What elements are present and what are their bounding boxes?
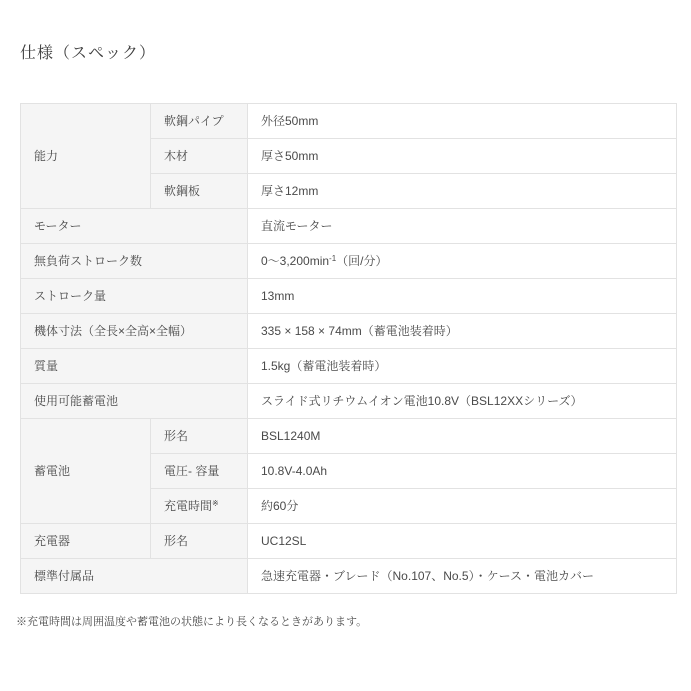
- table-row-stroke-rate: 無負荷ストローク数 0～3,200min-1（回/分）: [21, 243, 677, 278]
- sub-label-wood: 木材: [151, 138, 248, 173]
- stroke-rate-base: 0～3,200min: [261, 254, 329, 268]
- value-weight: 1.5kg（蓄電池装着時）: [248, 348, 677, 383]
- sub-label-charge-time: 充電時間※: [151, 488, 248, 523]
- value-stroke-rate: 0～3,200min-1（回/分）: [248, 243, 677, 278]
- spec-table: 能力 軟鋼パイプ 外径50mm 木材 厚さ50mm 軟鋼板 厚さ12mm モータ…: [20, 103, 677, 594]
- value-charge-time: 約60分: [248, 488, 677, 523]
- sub-label-battery-model: 形名: [151, 418, 248, 453]
- value-steel-pipe: 外径50mm: [248, 103, 677, 138]
- sub-label-charger-model: 形名: [151, 523, 248, 558]
- value-usable-battery: スライド式リチウムイオン電池10.8V（BSL12XXシリーズ）: [248, 383, 677, 418]
- charge-time-label: 充電時間: [164, 499, 212, 513]
- value-battery-model: BSL1240M: [248, 418, 677, 453]
- table-row-accessories: 標準付属品 急速充電器・ブレード（No.107、No.5）・ケース・電池カバー: [21, 558, 677, 593]
- table-row-charger: 充電器 形名 UC12SL: [21, 523, 677, 558]
- spec-page: 仕様（スペック） 能力 軟鋼パイプ 外径50mm 木材 厚さ50mm 軟鋼板 厚…: [0, 0, 691, 691]
- value-charger-model: UC12SL: [248, 523, 677, 558]
- value-battery-voltage: 10.8V-4.0Ah: [248, 453, 677, 488]
- row-label-accessories: 標準付属品: [21, 558, 248, 593]
- row-label-usable-battery: 使用可能蓄電池: [21, 383, 248, 418]
- stroke-rate-unit: （回/分）: [336, 254, 387, 268]
- table-row-capacity-pipe: 能力 軟鋼パイプ 外径50mm: [21, 103, 677, 138]
- value-stroke-length: 13mm: [248, 278, 677, 313]
- row-label-weight: 質量: [21, 348, 248, 383]
- row-label-capacity: 能力: [21, 103, 151, 208]
- table-row-usable-battery: 使用可能蓄電池 スライド式リチウムイオン電池10.8V（BSL12XXシリーズ）: [21, 383, 677, 418]
- row-label-charger: 充電器: [21, 523, 151, 558]
- value-accessories: 急速充電器・ブレード（No.107、No.5）・ケース・電池カバー: [248, 558, 677, 593]
- value-motor: 直流モーター: [248, 208, 677, 243]
- page-title: 仕様（スペック）: [20, 44, 671, 65]
- table-row-dimensions: 機体寸法（全長×全高×全幅） 335 × 158 × 74mm（蓄電池装着時）: [21, 313, 677, 348]
- table-row-stroke-length: ストローク量 13mm: [21, 278, 677, 313]
- value-wood: 厚さ50mm: [248, 138, 677, 173]
- value-dimensions: 335 × 158 × 74mm（蓄電池装着時）: [248, 313, 677, 348]
- row-label-stroke-length: ストローク量: [21, 278, 248, 313]
- row-label-battery: 蓄電池: [21, 418, 151, 523]
- sub-label-steel-plate: 軟鋼板: [151, 173, 248, 208]
- sub-label-battery-voltage: 電圧- 容量: [151, 453, 248, 488]
- sub-label-steel-pipe: 軟鋼パイプ: [151, 103, 248, 138]
- table-row-motor: モーター 直流モーター: [21, 208, 677, 243]
- table-row-battery-model: 蓄電池 形名 BSL1240M: [21, 418, 677, 453]
- row-label-stroke-rate: 無負荷ストローク数: [21, 243, 248, 278]
- charge-time-footnote: ※充電時間は周囲温度や蓄電池の状態により長くなるときがあります。: [16, 615, 671, 630]
- table-row-weight: 質量 1.5kg（蓄電池装着時）: [21, 348, 677, 383]
- charge-time-note-mark: ※: [212, 499, 219, 508]
- row-label-motor: モーター: [21, 208, 248, 243]
- value-steel-plate: 厚さ12mm: [248, 173, 677, 208]
- row-label-dimensions: 機体寸法（全長×全高×全幅）: [21, 313, 248, 348]
